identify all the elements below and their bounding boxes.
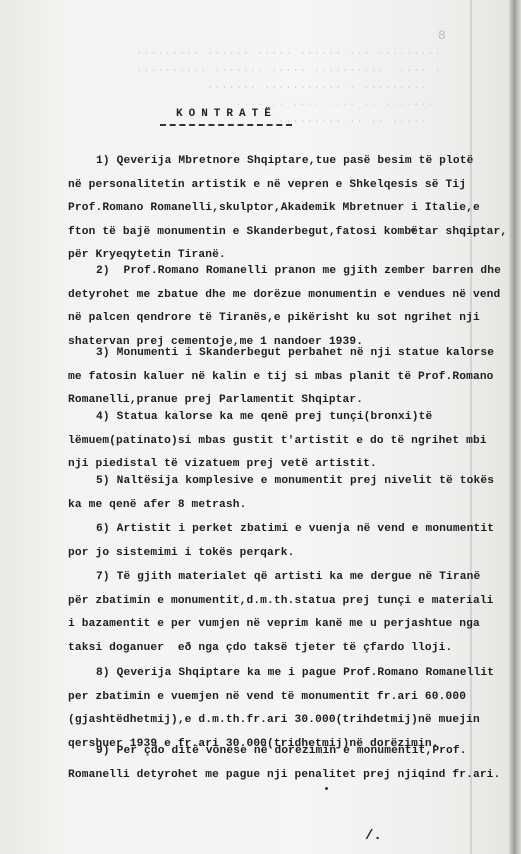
- clause-line: fton të bajë monumentin e Skanderbegut,f…: [68, 221, 488, 245]
- page-number: 8: [438, 28, 446, 43]
- page-edge-shadow: [509, 0, 521, 854]
- clause-1: 1) Qeverija Mbretnore Shqiptare,tue pasë…: [68, 150, 488, 268]
- clause-line: per zbatimin e vuemjen në vend të monume…: [68, 686, 488, 710]
- clause-line: 8) Qeverija Shqiptare ka me i pague Prof…: [68, 662, 488, 686]
- clause-line: 5) Naltësija komplesive e monumentit pre…: [68, 470, 488, 494]
- clause-7: 7) Të gjith materialet që artisti ka me …: [68, 566, 488, 660]
- clause-4: 4) Statua kalorse ka me qenë prej tunçi(…: [68, 406, 488, 477]
- clause-line: në personalitetin artistik e në vepren e…: [68, 174, 488, 198]
- clause-line: për zbatimin e monumentit,d.m.th.statua …: [68, 590, 488, 614]
- document-title: KONTRATË: [176, 108, 277, 120]
- clause-line: ka me qenë afer 8 metrash.: [68, 494, 488, 518]
- clause-2: 2) Prof.Romano Romanelli pranon me gjith…: [68, 260, 488, 354]
- clause-3: 3) Monumenti i Skanderbegut perbahet në …: [68, 342, 488, 413]
- clause-6: 6) Artistit i perket zbatimi e vuenja në…: [68, 518, 488, 565]
- clause-line: Prof.Romano Romanelli,skulptor,Akademik …: [68, 197, 488, 221]
- clause-line: (gjashtëdhetmij),e d.m.th.fr.ari 30.000(…: [68, 709, 488, 733]
- clause-line: lëmuem(patinato)si mbas gustit t'artisti…: [68, 430, 488, 454]
- clause-line: në palcen qendrore të Tiranës,e pikërish…: [68, 307, 488, 331]
- clause-line: 4) Statua kalorse ka me qenë prej tunçi(…: [68, 406, 488, 430]
- clause-line: taksi doganuer eð nga çdo taksë tjeter t…: [68, 637, 488, 661]
- clause-line: 1) Qeverija Mbretnore Shqiptare,tue pasë…: [68, 150, 488, 174]
- clause-line: i bazamentit e per vumjen në veprim kanë…: [68, 613, 488, 637]
- closing-mark: /.: [365, 828, 382, 844]
- clause-line: 7) Të gjith materialet që artisti ka me …: [68, 566, 488, 590]
- clause-line: por jo sistemimi i tokës perqark.: [68, 542, 488, 566]
- clause-9: 9) Per çdo ditë vonese në dorëzimin e mo…: [68, 740, 488, 787]
- clause-line: 3) Monumenti i Skanderbegut perbahet në …: [68, 342, 488, 366]
- clause-line: detyrohet me zbatue dhe me dorëzue monum…: [68, 284, 488, 308]
- ink-spot: [325, 787, 328, 790]
- clause-line: Romanelli detyrohet me pague nji penalit…: [68, 764, 488, 788]
- clause-5: 5) Naltësija komplesive e monumentit pre…: [68, 470, 488, 517]
- title-underline: [160, 124, 292, 126]
- clause-line: 6) Artistit i perket zbatimi e vuenja në…: [68, 518, 488, 542]
- clause-line: 9) Per çdo ditë vonese në dorëzimin e mo…: [68, 740, 488, 764]
- ink-spot: [411, 228, 415, 232]
- clause-line: me fatosin kaluer në kalin e tij si mbas…: [68, 366, 488, 390]
- clause-line: 2) Prof.Romano Romanelli pranon me gjith…: [68, 260, 488, 284]
